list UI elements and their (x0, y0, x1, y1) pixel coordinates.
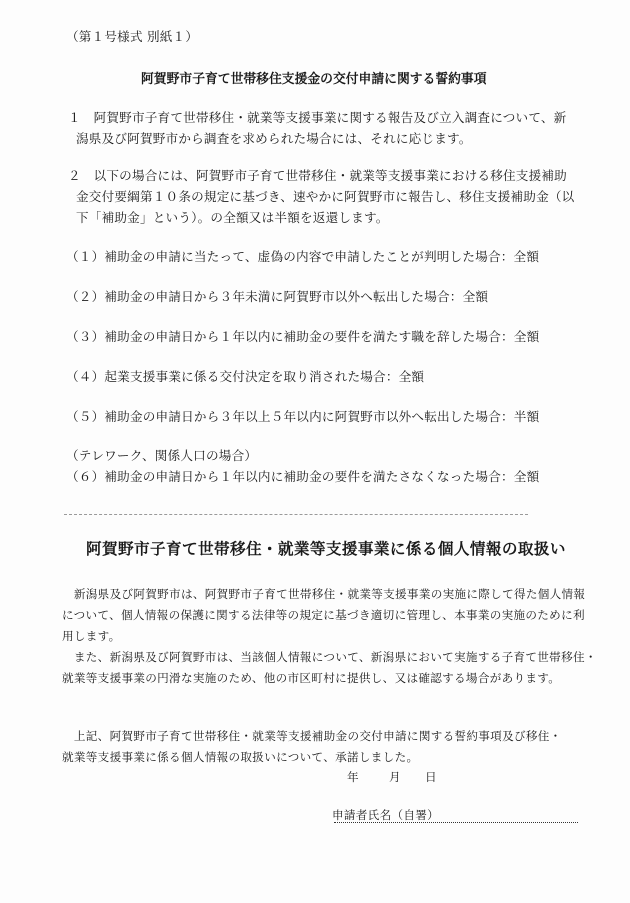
condition-4: （４）起業支援事業に係る交付決定を取り消された場合：全額 (66, 366, 424, 385)
signature-label: 申請者氏名（自署） (332, 807, 439, 823)
telework-note: （テレワーク、関係人口の場合） (66, 445, 257, 464)
section-divider (64, 514, 528, 515)
signature-line (334, 822, 578, 823)
privacy-title: 阿賀野市子育て世帯移住・就業等支援事業に係る個人情報の取扱い (86, 537, 566, 559)
condition-1: （１）補助金の申請に当たって、虚偽の内容で申請したことが判明した場合：全額 (66, 246, 539, 265)
date-month-label: 月 (389, 769, 401, 785)
pledge-title: 阿賀野市子育て世帯移住支援金の交付申請に関する誓約事項 (141, 68, 487, 87)
condition-3: （３）補助金の申請日から１年以内に補助金の要件を満たす職を辞した場合：全額 (66, 326, 539, 345)
condition-6: （６）補助金の申請日から１年以内に補助金の要件を満たさなくなった場合：全額 (66, 466, 539, 485)
date-year-label: 年 (347, 769, 359, 785)
condition-2: （２）補助金の申請日から３年未満に阿賀野市以外へ転出した場合：全額 (66, 286, 488, 305)
date-day-label: 日 (425, 769, 437, 785)
condition-5: （５）補助金の申請日から３年以上５年以内に阿賀野市以外へ転出した場合：半額 (66, 406, 539, 425)
form-label: （第１号様式 別紙１） (66, 26, 198, 45)
